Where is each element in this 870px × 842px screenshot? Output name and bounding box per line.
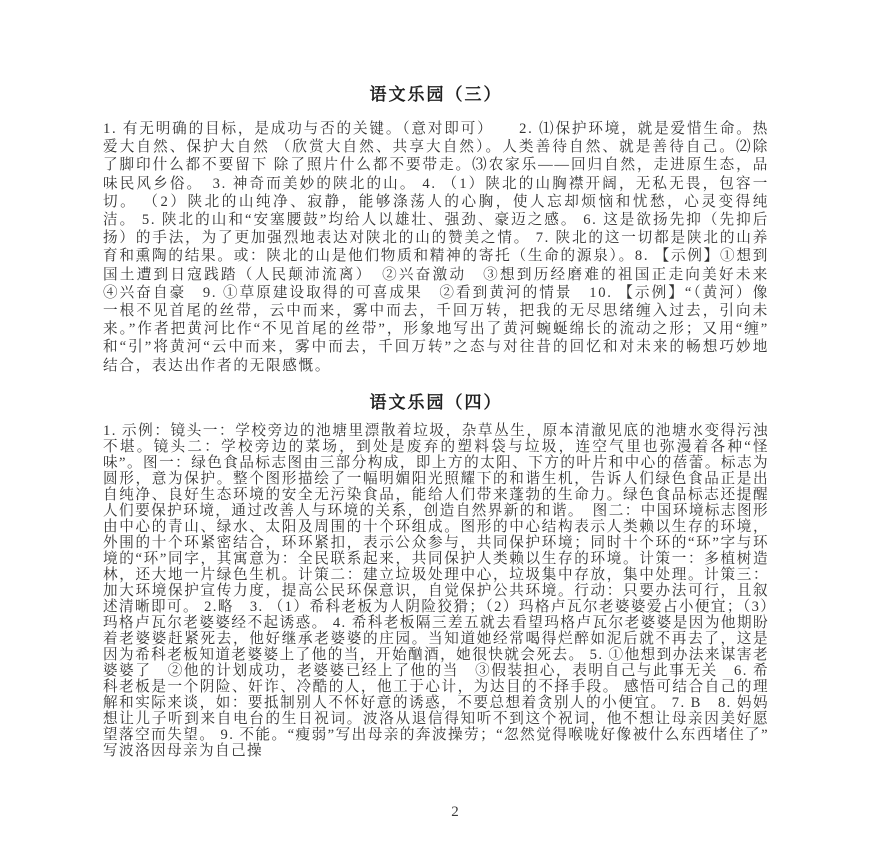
document-page: 语文乐园（三） 1. 有无明确的目标，是成功与否的关键。（意对即可） 2. ⑴保…	[0, 0, 870, 842]
section-body-lesson-4: 1. 示例：镜头一：学校旁边的池塘里漂散着垃圾，杂草丛生，原本清澈见底的池塘水变…	[103, 423, 769, 759]
section-title-lesson-4: 语文乐园（四）	[103, 392, 769, 414]
section-title-lesson-3: 语文乐园（三）	[103, 84, 769, 106]
page-number: 2	[0, 804, 870, 821]
page-content: 语文乐园（三） 1. 有无明确的目标，是成功与否的关键。（意对即可） 2. ⑴保…	[103, 84, 769, 759]
section-lesson-4: 语文乐园（四） 1. 示例：镜头一：学校旁边的池塘里漂散着垃圾，杂草丛生，原本清…	[103, 392, 769, 759]
section-body-lesson-3: 1. 有无明确的目标，是成功与否的关键。（意对即可） 2. ⑴保护环境，就是爱惜…	[103, 120, 769, 375]
section-lesson-3: 语文乐园（三） 1. 有无明确的目标，是成功与否的关键。（意对即可） 2. ⑴保…	[103, 84, 769, 375]
